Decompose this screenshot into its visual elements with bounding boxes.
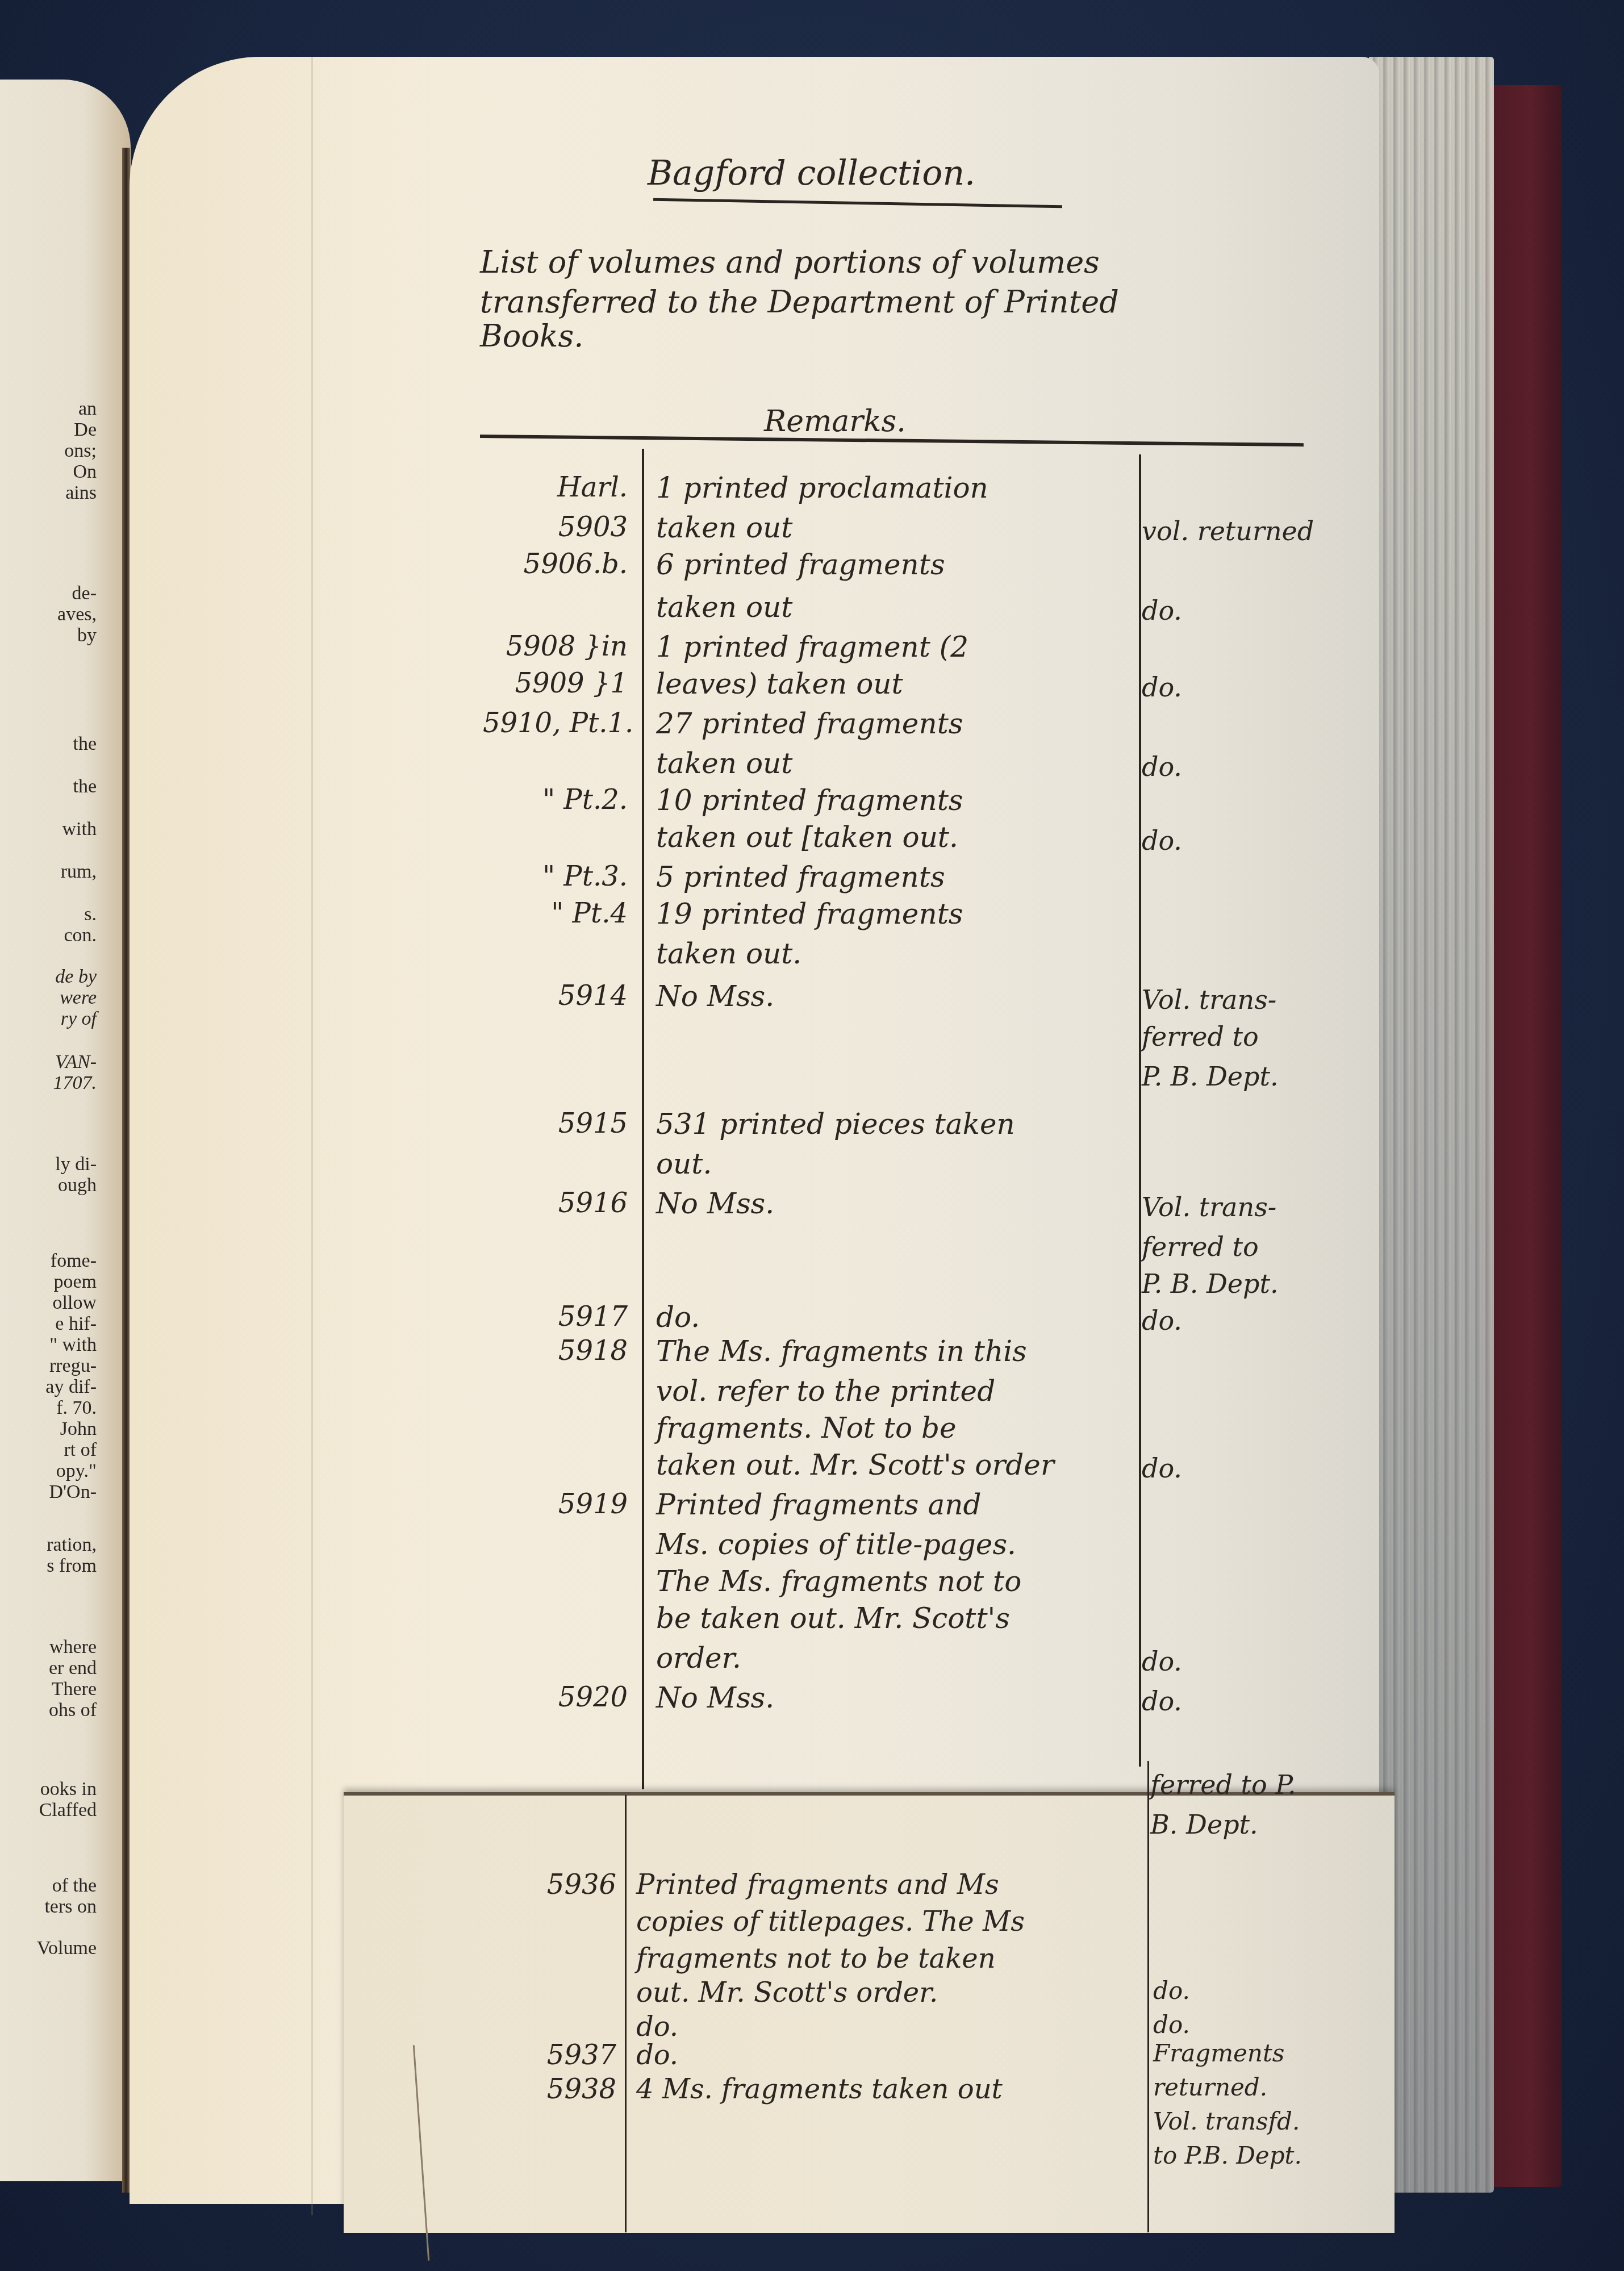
remark-text: No Mss. xyxy=(656,1681,774,1714)
left-page-line: " with xyxy=(49,1334,97,1356)
intro-line-3: Books. xyxy=(480,318,583,354)
left-page-line: de by xyxy=(55,966,97,988)
status-text: do. xyxy=(1142,672,1182,703)
remark-text: be taken out. Mr. Scott's xyxy=(656,1602,1010,1635)
volume-number: 5920 xyxy=(483,1681,628,1713)
status-text: Vol. trans- xyxy=(1142,1192,1276,1222)
volume-number: 5919 xyxy=(483,1488,628,1520)
remark-text: 27 printed fragments xyxy=(656,707,963,740)
left-page-line: an xyxy=(78,398,97,420)
left-page-line: where xyxy=(49,1636,97,1659)
left-page-line: ons; xyxy=(64,440,97,462)
left-page-line: ay dif- xyxy=(45,1376,97,1398)
intro-line-1: List of volumes and portions of volumes xyxy=(480,244,1100,280)
status-text: to P.B. Dept. xyxy=(1153,2141,1302,2169)
remark-text: vol. refer to the printed xyxy=(656,1375,995,1408)
volume-number: 5906.b. xyxy=(483,548,628,580)
remark-text: Printed fragments and Ms xyxy=(636,1869,999,1901)
status-text: ferred to xyxy=(1142,1021,1259,1052)
status-text: returned. xyxy=(1153,2073,1267,2101)
remark-text: do. xyxy=(636,2039,678,2071)
volume-number: " Pt.4 xyxy=(483,897,628,929)
remark-text: fragments. Not to be xyxy=(656,1412,957,1445)
status-text: do. xyxy=(1142,1453,1182,1484)
table-rule-left xyxy=(642,449,644,1789)
volume-number: 5909 }1 xyxy=(483,667,628,699)
page-crease xyxy=(311,57,313,2215)
status-text: P. B. Dept. xyxy=(1142,1268,1279,1299)
remark-text: taken out [taken out. xyxy=(656,821,958,854)
slip-rule-right xyxy=(1147,1761,1149,2232)
left-page-line: ration, xyxy=(47,1534,97,1556)
status-text: do. xyxy=(1153,2011,1190,2039)
left-page-line: ooks in xyxy=(40,1778,97,1801)
remark-text: No Mss. xyxy=(656,980,774,1013)
left-page-line: aves, xyxy=(57,603,97,626)
status-text: Vol. trans- xyxy=(1142,984,1276,1015)
table-rule-right xyxy=(1139,454,1141,1767)
remark-text: copies of titlepages. The Ms xyxy=(636,1906,1025,1938)
left-page-line: were xyxy=(60,987,97,1009)
volume-number: 5914 xyxy=(483,980,628,1012)
intro-line-2: transferred to the Department of Printed xyxy=(480,284,1119,320)
remark-text: out. Mr. Scott's order. xyxy=(636,1977,938,2009)
volume-number: 5938 xyxy=(494,2073,616,2105)
left-page-line: by xyxy=(77,624,97,647)
left-page-line: De xyxy=(74,419,97,441)
left-page-line: s from xyxy=(47,1555,97,1577)
left-page-line: 1707. xyxy=(53,1072,97,1095)
remark-text: taken out. xyxy=(656,937,801,970)
left-page-line: On xyxy=(73,461,97,483)
left-page-line: the xyxy=(73,733,97,755)
volume-number: 5937 xyxy=(494,2039,616,2071)
volume-number: 5918 xyxy=(483,1335,628,1367)
remark-text: No Mss. xyxy=(656,1187,774,1220)
left-page-line: rt of xyxy=(64,1439,97,1462)
left-page-line: VAN- xyxy=(55,1051,97,1074)
gutter xyxy=(122,148,130,2193)
remark-text: order. xyxy=(656,1642,741,1675)
volume-number: 5903 xyxy=(483,511,628,543)
left-page-line: poem xyxy=(53,1271,97,1293)
volume-number: 5916 xyxy=(483,1187,628,1219)
remark-text: 6 printed fragments xyxy=(656,548,945,581)
left-page-line: D'On- xyxy=(49,1481,97,1504)
remark-text: 531 printed pieces taken xyxy=(656,1108,1015,1141)
slip-status-top-1: ferred to P. xyxy=(1150,1769,1296,1800)
left-page-line: ough xyxy=(58,1174,97,1197)
remark-text: The Ms. fragments not to xyxy=(656,1565,1021,1598)
remark-text: 1 printed proclamation xyxy=(656,471,988,504)
left-page-line: ters on xyxy=(44,1896,97,1918)
left-page-line: of the xyxy=(52,1875,97,1897)
volume-number: 5936 xyxy=(494,1869,616,1901)
volume-number: 5908 }in xyxy=(483,631,628,662)
remark-text: taken out. Mr. Scott's order xyxy=(656,1448,1054,1481)
left-page-line: rum, xyxy=(61,861,97,883)
left-page-line: fome- xyxy=(51,1250,97,1272)
remark-text: 1 printed fragment (2 xyxy=(656,631,968,663)
left-page: anDeons;Onainsde-aves,bythethewithrum,s.… xyxy=(0,80,131,2181)
status-text: do. xyxy=(1142,752,1182,782)
remark-text: taken out xyxy=(656,591,792,624)
status-text: do. xyxy=(1142,1305,1182,1336)
status-text: vol. returned xyxy=(1142,516,1314,546)
remark-text: taken out xyxy=(656,747,792,780)
remark-text: leaves) taken out xyxy=(656,667,903,700)
left-page-line: con. xyxy=(64,924,97,947)
status-text: Vol. transfd. xyxy=(1153,2107,1300,2135)
left-page-line: John xyxy=(60,1418,97,1441)
status-text: Fragments xyxy=(1153,2039,1284,2067)
page-title: Bagford collection. xyxy=(648,153,975,193)
left-page-line: e hif- xyxy=(55,1313,97,1335)
left-page-line: s. xyxy=(84,903,97,926)
left-page-line: the xyxy=(73,775,97,798)
volume-number: 5910, Pt.1. xyxy=(483,707,628,739)
left-page-line: de- xyxy=(72,582,97,605)
volume-number: " Pt.2. xyxy=(483,784,628,816)
status-text: do. xyxy=(1142,1646,1182,1677)
left-page-line: There xyxy=(52,1678,97,1701)
slip-rule-left xyxy=(625,1795,627,2232)
left-page-line: ains xyxy=(65,482,97,504)
left-page-line: ry of xyxy=(61,1008,97,1030)
left-page-line: Volume xyxy=(37,1937,97,1960)
status-text: do. xyxy=(1142,595,1182,626)
remark-text: taken out xyxy=(656,511,792,544)
remark-text: do. xyxy=(636,2011,678,2043)
remark-text: 5 printed fragments xyxy=(656,861,945,894)
remark-text: Printed fragments and xyxy=(656,1488,981,1521)
remark-text: out. xyxy=(656,1147,712,1180)
left-page-line: ohs of xyxy=(49,1699,97,1722)
left-page-line: opy." xyxy=(56,1460,97,1483)
remark-text: do. xyxy=(656,1301,700,1334)
left-page-line: rregu- xyxy=(49,1355,97,1377)
left-page-line: f. 70. xyxy=(56,1397,97,1420)
left-page-line: ollow xyxy=(53,1292,97,1314)
remark-text: 10 printed fragments xyxy=(656,784,963,817)
remark-text: The Ms. fragments in this xyxy=(656,1335,1027,1368)
volume-number: 5915 xyxy=(483,1108,628,1139)
left-page-line: ly di- xyxy=(55,1153,97,1176)
left-page-line: Claffed xyxy=(39,1799,97,1822)
book-cover xyxy=(1483,85,1562,2187)
status-text: ferred to xyxy=(1142,1231,1259,1262)
left-page-line: er end xyxy=(49,1657,97,1680)
slip-status-top-2: B. Dept. xyxy=(1150,1809,1258,1840)
remarks-header: Remarks. xyxy=(764,404,906,439)
remark-text: fragments not to be taken xyxy=(636,1943,996,1974)
status-text: do. xyxy=(1142,1686,1182,1717)
volume-number: 5917 xyxy=(483,1301,628,1333)
remark-text: Ms. copies of title-pages. xyxy=(656,1528,1016,1561)
left-page-line: with xyxy=(62,818,97,841)
volume-number: Harl. xyxy=(483,471,628,503)
remark-text: 19 printed fragments xyxy=(656,897,963,930)
status-text: do. xyxy=(1142,825,1182,856)
status-text: do. xyxy=(1153,1977,1190,2005)
status-text: P. B. Dept. xyxy=(1142,1061,1279,1092)
volume-number: " Pt.3. xyxy=(483,861,628,892)
remark-text: 4 Ms. fragments taken out xyxy=(636,2073,1003,2105)
